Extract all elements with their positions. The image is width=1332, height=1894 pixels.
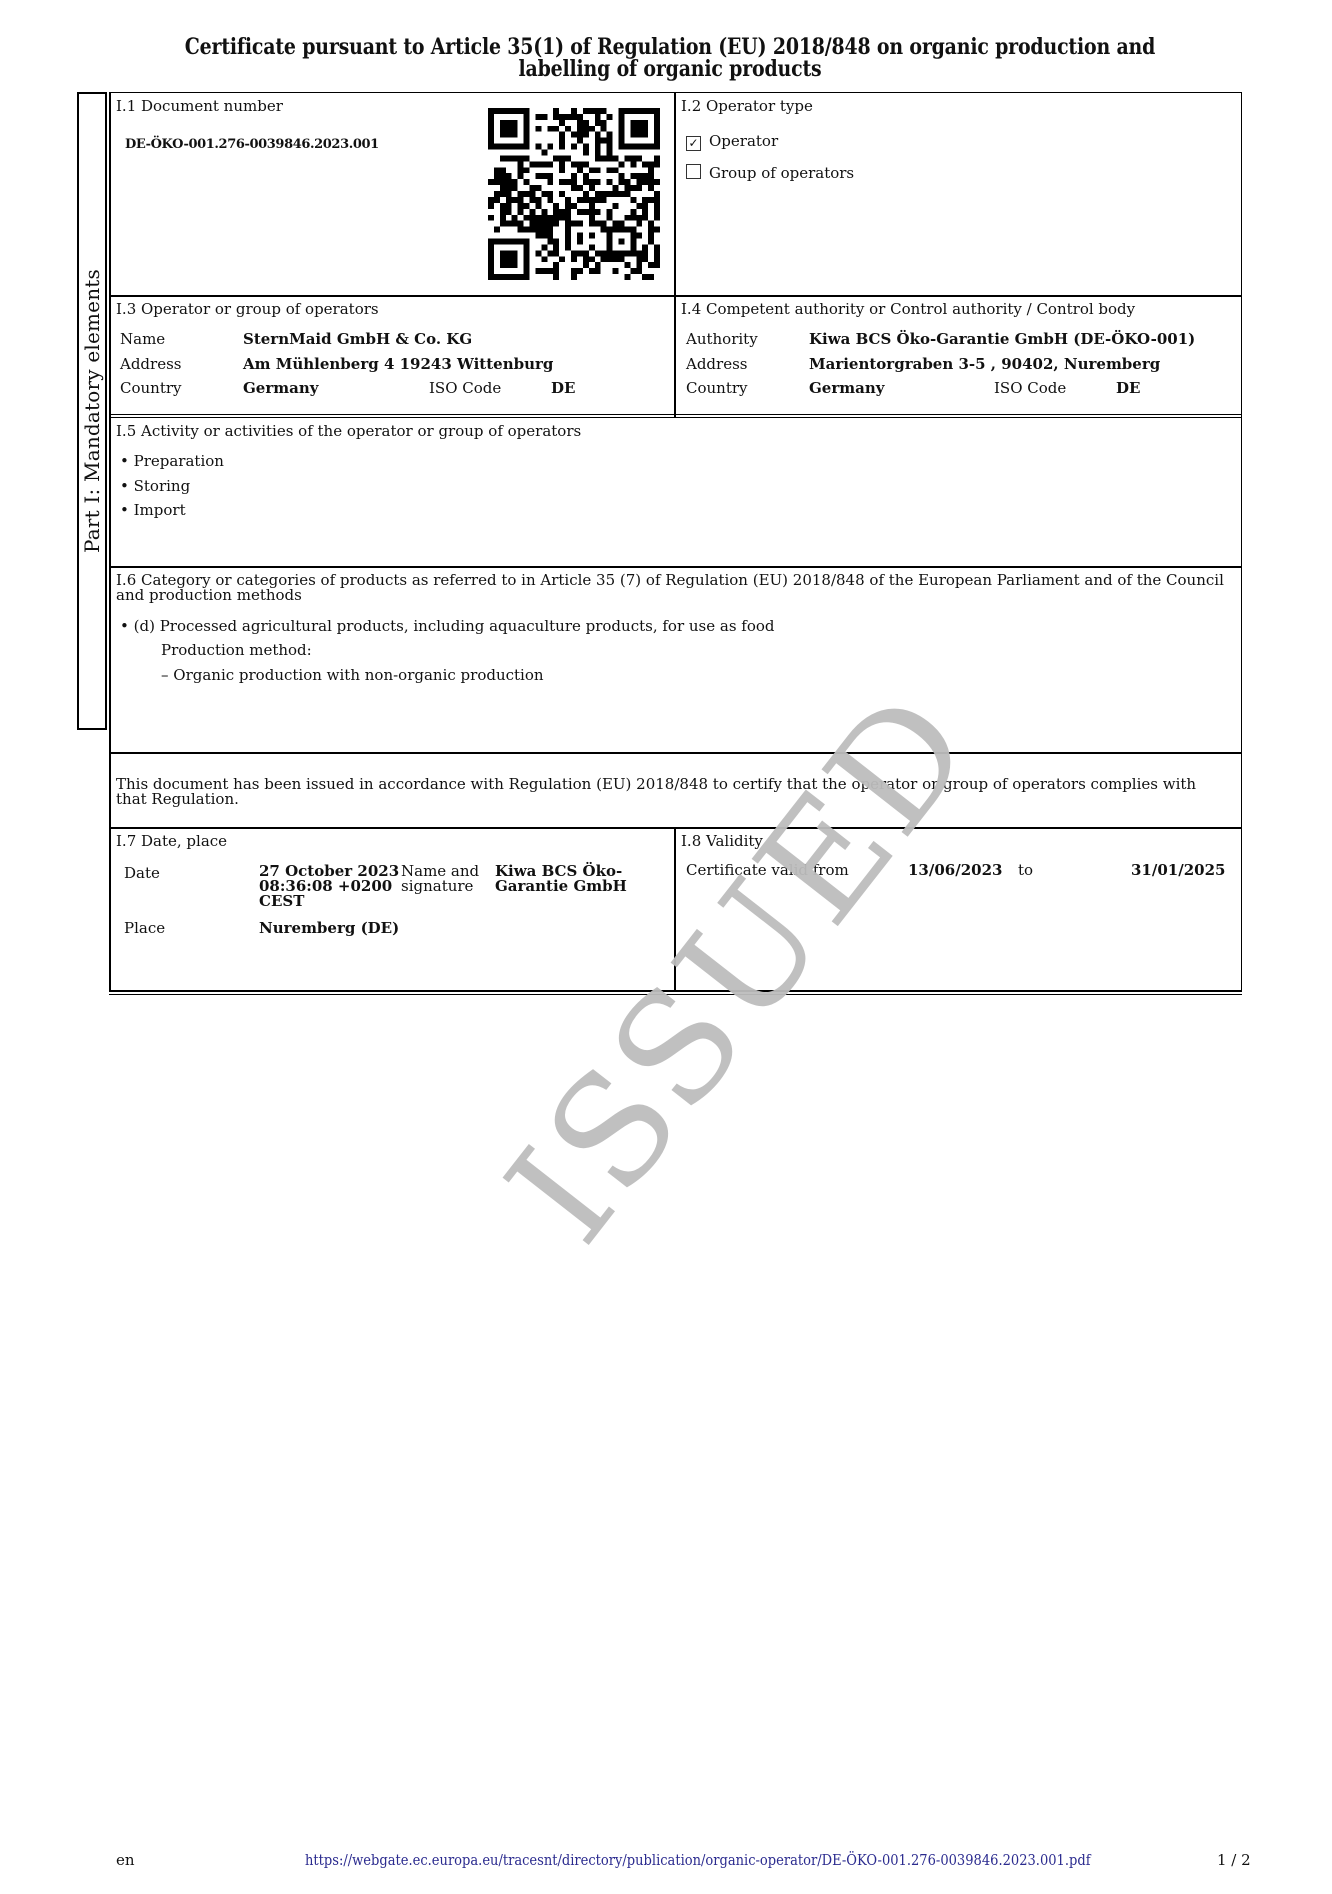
row-divider-double bbox=[109, 414, 1242, 415]
issue-place: Nuremberg (DE) bbox=[259, 919, 399, 937]
section-heading: I.4 Competent authority or Control autho… bbox=[681, 300, 1135, 318]
document-number: DE-ÖKO-001.276-0039846.2023.001 bbox=[125, 136, 379, 154]
section-heading: I.7 Date, place bbox=[116, 832, 227, 850]
valid-from-date: 13/06/2023 bbox=[908, 861, 1002, 879]
part-label-box: Part I: Mandatory elements bbox=[77, 92, 107, 730]
authority-address: Marientorgraben 3-5 , 90402, Nuremberg bbox=[809, 355, 1160, 373]
product-category: • (d) Processed agricultural products, i… bbox=[120, 617, 775, 635]
authority-name: Kiwa BCS Öko-Garantie GmbH (DE-ÖKO-001) bbox=[809, 330, 1195, 348]
section-control-body: I.4 Competent authority or Control autho… bbox=[676, 297, 1240, 415]
checkbox-checked-icon[interactable]: ✓ bbox=[686, 136, 701, 151]
operator-iso-code: DE bbox=[551, 379, 575, 397]
issue-date: 27 October 2023 08:36:08 +0200 CEST bbox=[259, 864, 399, 909]
row-divider bbox=[109, 566, 1242, 568]
section-heading: I.3 Operator or group of operators bbox=[116, 300, 379, 318]
country-label: Country bbox=[120, 379, 182, 397]
iso-code-label: ISO Code bbox=[994, 379, 1066, 397]
signature-value: Kiwa BCS Öko- Garantie GmbH bbox=[495, 864, 627, 894]
signature-line: Garantie GmbH bbox=[495, 879, 627, 894]
activity-item: • Storing bbox=[120, 477, 190, 495]
part-label: Part I: Mandatory elements bbox=[80, 269, 104, 553]
production-method: – Organic production with non-organic pr… bbox=[161, 666, 544, 684]
issue-timezone-line: CEST bbox=[259, 894, 399, 909]
row-divider bbox=[109, 827, 1242, 829]
authority-country: Germany bbox=[809, 379, 884, 397]
section-heading: I.1 Document number bbox=[116, 97, 283, 115]
section-heading: I.5 Activity or activities of the operat… bbox=[116, 422, 581, 440]
section-validity: I.8 Validity Certificate valid from 13/0… bbox=[676, 830, 1240, 990]
address-label: Address bbox=[686, 355, 747, 373]
section-heading: I.6 Category or categories of products a… bbox=[116, 573, 1231, 603]
iso-code-label: ISO Code bbox=[429, 379, 501, 397]
table-bottom-border bbox=[109, 994, 1242, 995]
section-product-categories: I.6 Category or categories of products a… bbox=[111, 569, 1240, 752]
signature-label-line: signature bbox=[401, 879, 479, 894]
certification-statement: This document has been issued in accorda… bbox=[111, 755, 1240, 827]
valid-from-label: Certificate valid from bbox=[686, 861, 849, 879]
authority-label: Authority bbox=[686, 330, 758, 348]
activity-item: • Import bbox=[120, 501, 186, 519]
group-of-operators-label: Group of operators bbox=[709, 164, 854, 182]
production-method-label: Production method: bbox=[161, 641, 312, 659]
row-divider bbox=[109, 752, 1242, 754]
document-title: Certificate pursuant to Article 35(1) of… bbox=[180, 36, 1160, 80]
statement-text: This document has been issued in accorda… bbox=[116, 777, 1231, 807]
section-document-number: I.1 Document number DE-ÖKO-001.276-00398… bbox=[111, 94, 675, 296]
section-heading: I.2 Operator type bbox=[681, 97, 813, 115]
to-label: to bbox=[1018, 861, 1033, 879]
document-url-link[interactable]: https://webgate.ec.europa.eu/tracesnt/di… bbox=[305, 1851, 1091, 1869]
footer-page-number: 1 / 2 bbox=[1217, 1851, 1251, 1869]
section-activities: I.5 Activity or activities of the operat… bbox=[111, 419, 1240, 565]
section-heading: I.8 Validity bbox=[681, 832, 763, 850]
date-label: Date bbox=[124, 864, 160, 882]
place-label: Place bbox=[124, 919, 165, 937]
operator-country: Germany bbox=[243, 379, 318, 397]
footer-language: en bbox=[116, 1851, 135, 1869]
section-operator-type: I.2 Operator type ✓Operator Group of ope… bbox=[676, 94, 1240, 296]
row-divider-double bbox=[109, 417, 1242, 418]
address-label: Address bbox=[120, 355, 181, 373]
name-label: Name bbox=[120, 330, 165, 348]
operator-checkbox[interactable]: ✓Operator bbox=[686, 132, 778, 150]
footer-url[interactable]: https://webgate.ec.europa.eu/tracesnt/di… bbox=[305, 1851, 1208, 1869]
checkbox-unchecked-icon[interactable] bbox=[686, 164, 701, 179]
table-bottom-border bbox=[109, 990, 1242, 992]
country-label: Country bbox=[686, 379, 748, 397]
operator-label: Operator bbox=[709, 132, 778, 150]
section-operator: I.3 Operator or group of operators Name … bbox=[111, 297, 675, 415]
operator-name: SternMaid GmbH & Co. KG bbox=[243, 330, 472, 348]
valid-to-date: 31/01/2025 bbox=[1131, 861, 1225, 879]
authority-iso-code: DE bbox=[1116, 379, 1140, 397]
qr-code-icon bbox=[488, 108, 660, 280]
group-of-operators-checkbox[interactable]: Group of operators bbox=[686, 163, 854, 182]
signature-label: Name and signature bbox=[401, 864, 479, 894]
operator-address: Am Mühlenberg 4 19243 Wittenburg bbox=[243, 355, 553, 373]
section-date-place: I.7 Date, place Date 27 October 2023 08:… bbox=[111, 830, 675, 990]
activity-item: • Preparation bbox=[120, 452, 224, 470]
